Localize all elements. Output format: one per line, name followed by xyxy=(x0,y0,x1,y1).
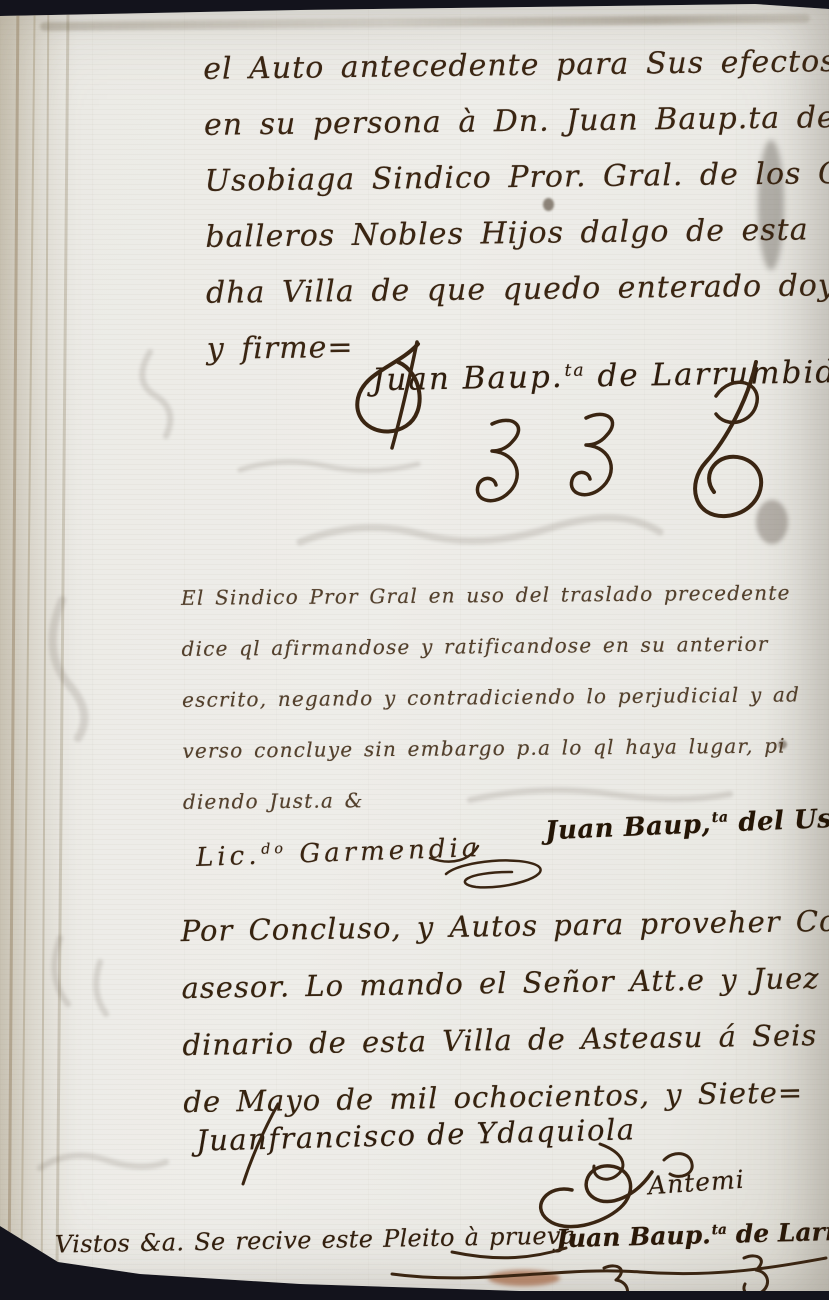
ydaquiola-tail xyxy=(594,1144,623,1179)
garmendia-rubric-oval xyxy=(446,860,541,887)
rubric-curl xyxy=(571,414,612,494)
rubric-curl xyxy=(477,420,518,500)
closing-connector xyxy=(452,1248,566,1258)
antemi-curl xyxy=(664,1154,692,1177)
closing-rubric-curl xyxy=(744,1256,768,1295)
paper-sheet: el Auto antecedente para Sus efectos, y … xyxy=(0,0,829,1300)
ydaquiola-upstroke xyxy=(243,1104,278,1184)
signature-initial-loop xyxy=(357,344,419,431)
ink-flourishes xyxy=(0,0,829,1300)
manuscript-scan: el Auto antecedente para Sus efectos, y … xyxy=(0,0,829,1300)
garmendia-tail xyxy=(430,846,478,862)
